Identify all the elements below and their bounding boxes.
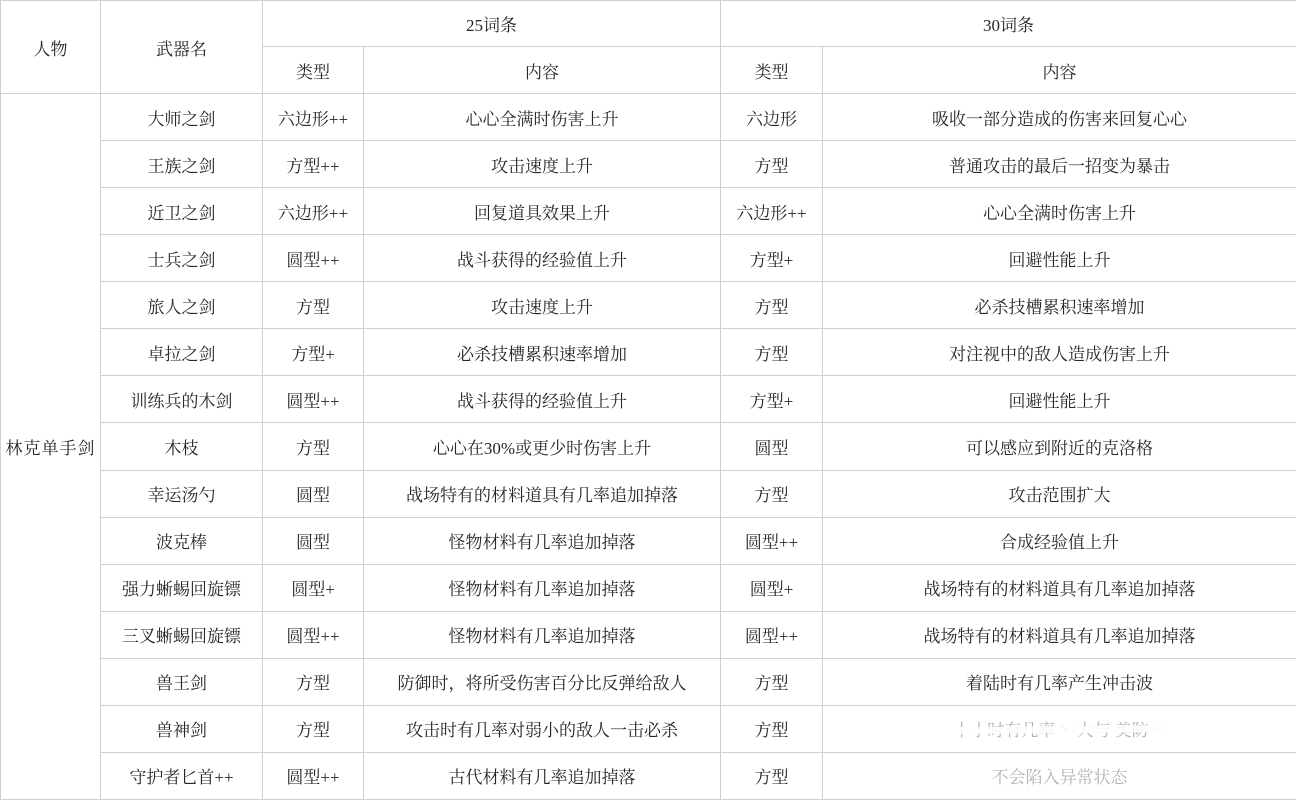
- content-25-cell: 战斗获得的经验值上升: [364, 235, 721, 282]
- content-25-cell: 心心全满时伤害上升: [364, 94, 721, 141]
- weapon-name-cell: 近卫之剑: [101, 188, 263, 235]
- content-30-cell: 战场特有的材料道具有几率追加掉落: [823, 564, 1296, 611]
- weapon-name-cell: 旅人之剑: [101, 282, 263, 329]
- weapon-name-cell: 强力蜥蜴回旋镖: [101, 564, 263, 611]
- header-character: 人物: [1, 1, 101, 94]
- type-30-cell: 圆型++: [721, 517, 823, 564]
- content-25-cell: 回复道具效果上升: [364, 188, 721, 235]
- content-25-cell: 战场特有的材料道具有几率追加掉落: [364, 470, 721, 517]
- content-25-cell: 防御时，将所受伤害百分比反弹给敌人: [364, 658, 721, 705]
- weapon-name-cell: 训练兵的木剑: [101, 376, 263, 423]
- table-row: 林克单手剑大师之剑六边形++心心全满时伤害上升六边形吸收一部分造成的伤害来回复心…: [1, 94, 1296, 141]
- type-25-cell: 圆型++: [263, 376, 364, 423]
- weapon-name-cell: 木枝: [101, 423, 263, 470]
- header-type-25: 类型: [263, 47, 364, 94]
- content-25-cell: 古代材料有几率追加掉落: [364, 752, 721, 799]
- type-30-cell: 方型+: [721, 376, 823, 423]
- content-25-cell: 攻击速度上升: [364, 141, 721, 188]
- content-30-cell: 必杀技槽累积速率增加: [823, 282, 1296, 329]
- table-row: 三叉蜥蜴回旋镖圆型++怪物材料有几率追加掉落圆型++战场特有的材料道具有几率追加…: [1, 611, 1296, 658]
- type-25-cell: 方型: [263, 705, 364, 752]
- type-25-cell: 圆型+: [263, 564, 364, 611]
- content-25-cell: 攻击时有几率对弱小的敌人一击必杀: [364, 705, 721, 752]
- type-25-cell: 圆型: [263, 517, 364, 564]
- weapon-name-cell: 兽神剑: [101, 705, 263, 752]
- type-25-cell: 六边形++: [263, 94, 364, 141]
- type-30-cell: 方型: [721, 282, 823, 329]
- content-30-cell: 攻击范围扩大: [823, 470, 1296, 517]
- type-30-cell: 圆型: [721, 423, 823, 470]
- character-cell: 林克单手剑: [1, 94, 101, 800]
- type-25-cell: 方型+: [263, 329, 364, 376]
- type-30-cell: 方型: [721, 329, 823, 376]
- content-30-cell: 心心全满时伤害上升: [823, 188, 1296, 235]
- content-25-cell: 攻击速度上升: [364, 282, 721, 329]
- table-body: 林克单手剑大师之剑六边形++心心全满时伤害上升六边形吸收一部分造成的伤害来回复心…: [1, 94, 1296, 800]
- table-row: 旅人之剑方型攻击速度上升方型必杀技槽累积速率增加: [1, 282, 1296, 329]
- type-25-cell: 圆型++: [263, 611, 364, 658]
- content-30-cell: 丨亅时有几率丶 大与 美防丷: [823, 705, 1296, 752]
- content-30-cell: 不会陷入异常状态: [823, 752, 1296, 799]
- weapon-name-cell: 波克棒: [101, 517, 263, 564]
- header-content-25: 内容: [364, 47, 721, 94]
- type-30-cell: 方型+: [721, 235, 823, 282]
- type-30-cell: 圆型+: [721, 564, 823, 611]
- table-row: 兽王剑方型防御时，将所受伤害百分比反弹给敌人方型着陆时有几率产生冲击波: [1, 658, 1296, 705]
- weapon-name-cell: 兽王剑: [101, 658, 263, 705]
- type-30-cell: 方型: [721, 752, 823, 799]
- type-30-cell: 六边形: [721, 94, 823, 141]
- type-25-cell: 圆型++: [263, 235, 364, 282]
- weapon-name-cell: 守护者匕首++: [101, 752, 263, 799]
- header-group-30-entries: 30词条: [721, 1, 1296, 47]
- weapon-name-cell: 卓拉之剑: [101, 329, 263, 376]
- table-row: 士兵之剑圆型++战斗获得的经验值上升方型+回避性能上升: [1, 235, 1296, 282]
- content-30-cell: 回避性能上升: [823, 376, 1296, 423]
- type-30-cell: 方型: [721, 705, 823, 752]
- type-30-cell: 圆型++: [721, 611, 823, 658]
- header-type-30: 类型: [721, 47, 823, 94]
- type-30-cell: 方型: [721, 658, 823, 705]
- weapon-name-cell: 王族之剑: [101, 141, 263, 188]
- type-25-cell: 圆型++: [263, 752, 364, 799]
- content-30-cell: 普通攻击的最后一招变为暴击: [823, 141, 1296, 188]
- content-25-cell: 心心在30%或更少时伤害上升: [364, 423, 721, 470]
- weapon-entries-table: 人物 武器名 25词条 30词条 类型 内容 类型 内容 林克单手剑大师之剑六边…: [0, 0, 1296, 800]
- table-row: 兽神剑方型攻击时有几率对弱小的敌人一击必杀方型丨亅时有几率丶 大与 美防丷: [1, 705, 1296, 752]
- type-25-cell: 方型++: [263, 141, 364, 188]
- content-30-cell: 合成经验值上升: [823, 517, 1296, 564]
- table-row: 训练兵的木剑圆型++战斗获得的经验值上升方型+回避性能上升: [1, 376, 1296, 423]
- table-row: 守护者匕首++圆型++古代材料有几率追加掉落方型不会陷入异常状态: [1, 752, 1296, 799]
- content-30-cell: 吸收一部分造成的伤害来回复心心: [823, 94, 1296, 141]
- weapon-name-cell: 三叉蜥蜴回旋镖: [101, 611, 263, 658]
- content-25-cell: 怪物材料有几率追加掉落: [364, 611, 721, 658]
- header-weapon-name: 武器名: [101, 1, 263, 94]
- content-30-cell: 回避性能上升: [823, 235, 1296, 282]
- table-row: 近卫之剑六边形++回复道具效果上升六边形++心心全满时伤害上升: [1, 188, 1296, 235]
- table-row: 幸运汤勺圆型战场特有的材料道具有几率追加掉落方型攻击范围扩大: [1, 470, 1296, 517]
- table-row: 木枝方型心心在30%或更少时伤害上升圆型可以感应到附近的克洛格: [1, 423, 1296, 470]
- content-30-cell: 可以感应到附近的克洛格: [823, 423, 1296, 470]
- content-25-cell: 必杀技槽累积速率增加: [364, 329, 721, 376]
- type-25-cell: 六边形++: [263, 188, 364, 235]
- content-30-cell: 对注视中的敌人造成伤害上升: [823, 329, 1296, 376]
- type-25-cell: 方型: [263, 423, 364, 470]
- type-25-cell: 方型: [263, 658, 364, 705]
- weapon-name-cell: 大师之剑: [101, 94, 263, 141]
- table-row: 强力蜥蜴回旋镖圆型+怪物材料有几率追加掉落圆型+战场特有的材料道具有几率追加掉落: [1, 564, 1296, 611]
- type-30-cell: 方型: [721, 141, 823, 188]
- header-group-25-entries: 25词条: [263, 1, 721, 47]
- table-row: 波克棒圆型怪物材料有几率追加掉落圆型++合成经验值上升: [1, 517, 1296, 564]
- content-25-cell: 战斗获得的经验值上升: [364, 376, 721, 423]
- type-25-cell: 方型: [263, 282, 364, 329]
- content-30-cell: 着陆时有几率产生冲击波: [823, 658, 1296, 705]
- type-30-cell: 六边形++: [721, 188, 823, 235]
- weapon-name-cell: 士兵之剑: [101, 235, 263, 282]
- table-row: 卓拉之剑方型+必杀技槽累积速率增加方型对注视中的敌人造成伤害上升: [1, 329, 1296, 376]
- weapon-name-cell: 幸运汤勺: [101, 470, 263, 517]
- type-30-cell: 方型: [721, 470, 823, 517]
- table-row: 王族之剑方型++攻击速度上升方型普通攻击的最后一招变为暴击: [1, 141, 1296, 188]
- content-25-cell: 怪物材料有几率追加掉落: [364, 517, 721, 564]
- header-content-30: 内容: [823, 47, 1296, 94]
- content-30-cell: 战场特有的材料道具有几率追加掉落: [823, 611, 1296, 658]
- content-25-cell: 怪物材料有几率追加掉落: [364, 564, 721, 611]
- type-25-cell: 圆型: [263, 470, 364, 517]
- header-row-groups: 人物 武器名 25词条 30词条: [1, 1, 1296, 47]
